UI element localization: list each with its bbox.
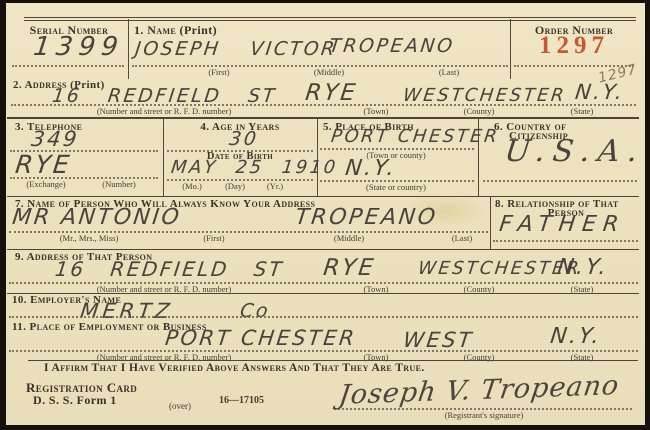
name-label-suffix: (Print) — [180, 23, 217, 37]
name-sub-middle: (Middle) — [314, 68, 344, 77]
section-rule-1 — [7, 117, 639, 119]
address-sub-town: (Town) — [364, 107, 389, 116]
relationship-dotted-rule — [493, 240, 638, 242]
address-sub-state: (State) — [571, 107, 594, 116]
serial-dotted-rule — [12, 65, 124, 67]
top-double-rule — [24, 17, 636, 21]
registrant-signature: Joseph V. Tropeano — [337, 372, 621, 409]
name-label: 1. Name (Print) — [134, 24, 217, 36]
affirmation-rule — [28, 360, 638, 361]
citizenship-dotted-rule — [483, 180, 637, 182]
relationship-value: FATHER — [498, 214, 627, 236]
birthplace-town-value: PORT CHESTER — [330, 128, 500, 146]
section-rule-2 — [7, 196, 639, 197]
contact-sub-last: (Last) — [452, 234, 472, 243]
name-sub-first: (First) — [208, 68, 229, 77]
section-rule-3 — [7, 249, 639, 250]
contact-name2-value: TROPEANO — [294, 207, 439, 229]
contact-sub-title: (Mr., Mrs., Miss) — [60, 234, 119, 243]
affirmation-text: I Affirm That I Have Verified Above Answ… — [44, 363, 425, 375]
name-sub-last: (Last) — [439, 68, 459, 77]
serial-number-value: 1399 — [32, 34, 125, 60]
telephone-exchange-value: RYE — [14, 152, 73, 177]
address-state-value: N.Y. — [574, 82, 626, 103]
dob-sub-year: (Yr.) — [267, 182, 283, 191]
dob-sub-day: (Day) — [225, 182, 245, 191]
citizenship-value: U.S.A. — [503, 137, 647, 167]
contact-address-street-value: 16 REDFIELD ST — [54, 259, 285, 279]
birthplace-state-value: N.Y. — [344, 158, 398, 180]
divider-contact-relationship — [490, 196, 491, 249]
address-sub-county: (County) — [464, 107, 495, 116]
age-value: 30 — [228, 130, 260, 149]
contact-name1-value: MR ANTONIO — [11, 207, 182, 229]
name-first-value: JOSEPH — [134, 40, 222, 59]
address-sub-street: (Number and street or R. F. D. number) — [97, 107, 231, 116]
footer-form-name: D. S. S. Form 1 — [33, 394, 117, 406]
employer-suffix-value: Co — [239, 302, 271, 321]
telephone-number-value: 349 — [30, 129, 80, 150]
employment-place-value: PORT CHESTER — [164, 328, 358, 349]
footer-print-code: 16—17105 — [219, 396, 264, 406]
birthplace-sub-state: (State or country) — [366, 183, 426, 192]
order-number-stamp: 1297 — [510, 33, 638, 58]
contact-address-state-value: N.Y. — [556, 257, 610, 279]
signature-sublabel: (Registrant's signature) — [445, 411, 524, 420]
date-of-birth-value: MAY 25 1910 — [170, 159, 339, 177]
address-town-value: RYE — [304, 82, 359, 105]
name-middle-value: VICTOR — [249, 40, 338, 59]
footer-over: (over) — [169, 402, 191, 411]
contact-address-town-value: RYE — [322, 257, 377, 280]
dob-sub-month: (Mo.) — [182, 182, 202, 191]
contact-sub-first: (First) — [203, 234, 224, 243]
registration-card-scan: Serial Number 1399 1. Name (Print) JOSEP… — [0, 0, 650, 430]
name-label-text: 1. Name — [134, 23, 176, 37]
address-county-value: WESTCHESTER — [402, 87, 567, 105]
employer-dotted-rule — [9, 316, 638, 318]
divider-serial-name — [128, 19, 129, 79]
employment-town-value: WEST — [402, 330, 475, 351]
telephone-sub-number: (Number) — [102, 180, 136, 189]
contact-sub-middle: (Middle) — [334, 234, 364, 243]
telephone-sub-exchange: (Exchange) — [26, 180, 65, 189]
employer-name-value: MERTZ — [79, 301, 175, 322]
registration-card: Serial Number 1399 1. Name (Print) JOSEP… — [6, 3, 645, 425]
employment-state-value: N.Y. — [549, 326, 603, 348]
name-last-value: TROPEANO — [328, 37, 456, 56]
